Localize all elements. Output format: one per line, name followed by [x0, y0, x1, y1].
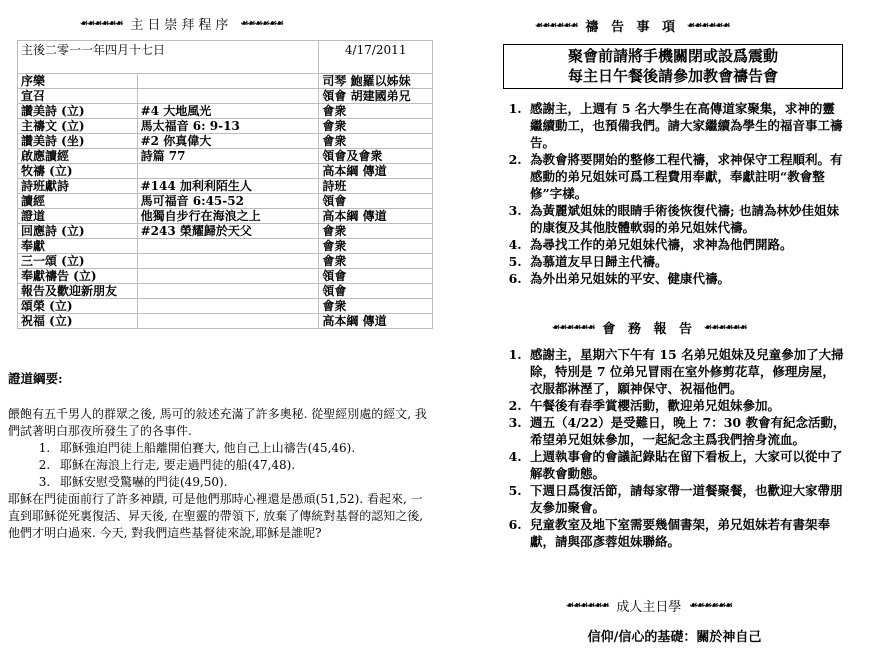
leader-cell: 會衆 — [319, 224, 433, 239]
sermon-point: 耶穌強迫門徒上船離開伯賽大, 他自己上山禱告(45,46). — [54, 440, 428, 457]
leader-cell: 會衆 — [319, 134, 433, 149]
date-chinese: 主後二零一一年四月十七日 — [18, 41, 319, 74]
table-row: 奉獻禱告 (立) 領會 — [18, 269, 433, 284]
detail-cell — [137, 269, 319, 284]
table-row: 讀經 馬可福音 6:45-52 領會 — [18, 194, 433, 209]
prayer-heading: ☙☙☙☙☙☙ 禱 告 事 項 ☙☙☙☙☙☙ — [535, 16, 729, 35]
sermon-point: 耶穌安慰受驚嚇的門徒(49,50). — [54, 474, 428, 491]
affairs-heading-text: 會 務 報 告 — [602, 318, 696, 337]
leader-cell: 領會 — [319, 284, 433, 299]
table-row: 三一頌 (立) 會衆 — [18, 254, 433, 269]
detail-cell: #4 大地風光 — [137, 104, 319, 119]
leader-cell: 領會 — [319, 194, 433, 209]
affairs-item: 週五（4/22）是受難日，晚上 7：30 教會有紀念活動，希望弟兄姐妹參加，一起… — [526, 414, 846, 448]
detail-cell: 馬太福音 6: 9-13 — [137, 119, 319, 134]
table-row: 證道 他獨自步行在海浪之上 高本綱 傳道 — [18, 209, 433, 224]
affairs-item: 感謝主，星期六下午有 15 名弟兄姐妹及兒童參加了大掃除，特別是 7 位弟兄冒雨… — [526, 346, 846, 397]
prayer-item: 感謝主，上週有 5 名大學生在高傳道家聚集，求神的靈繼續動工，也預備我們。請大家… — [526, 100, 846, 151]
affairs-item: 下週日爲復活節，請每家帶一道餐聚餐，也歡迎大家帶朋友參加聚會。 — [526, 482, 846, 516]
sermon-conclusion: 耶穌在門徒面前行了許多神蹟, 可是他們那時心裡還是愚頑(51,52). 看起來,… — [8, 491, 428, 542]
affairs-list: 感謝主，星期六下午有 15 名弟兄姐妹及兒童參加了大掃除，特別是 7 位弟兄冒雨… — [480, 346, 846, 550]
notice-line: 每主日午餐後請參加教會禱告會 — [504, 66, 842, 86]
affairs-item: 上週執事會的會議記錄貼在留下看板上，大家可以從中了解教會動態。 — [526, 448, 846, 482]
item-cell: 宣召 — [18, 89, 138, 104]
leader-cell: 會衆 — [319, 299, 433, 314]
notice-line: 聚會前請將手機關閉或設爲震動 — [504, 46, 842, 66]
prayer-heading-text: 禱 告 事 項 — [585, 16, 679, 35]
ornament-icon: ☙☙☙☙☙☙ — [566, 601, 608, 611]
item-cell: 三一頌 (立) — [18, 254, 138, 269]
leader-cell: 會衆 — [319, 239, 433, 254]
leader-cell: 會衆 — [319, 119, 433, 134]
prayer-item: 為外出弟兄姐妹的平安、健康代禱。 — [526, 270, 846, 287]
item-cell: 讚美詩 (立) — [18, 104, 138, 119]
table-header-row: 主後二零一一年四月十七日 4/17/2011 — [18, 41, 433, 74]
prayer-item: 為慕道友早日歸主代禱。 — [526, 253, 846, 270]
item-cell: 證道 — [18, 209, 138, 224]
item-cell: 讚美詩 (坐) — [18, 134, 138, 149]
table-row: 頌榮 (立) 會衆 — [18, 299, 433, 314]
detail-cell: 馬可福音 6:45-52 — [137, 194, 319, 209]
worship-page: ☙☙☙☙☙☙ 主日崇拜程序 ☙☙☙☙☙☙ 主後二零一一年四月十七日 4/17/2… — [0, 0, 440, 659]
table-row: 報告及歡迎新朋友 領會 — [18, 284, 433, 299]
table-row: 宣召 領會 胡建國弟兄 — [18, 89, 433, 104]
leader-cell: 高本綱 傳道 — [319, 314, 433, 329]
item-cell: 啟應讀經 — [18, 149, 138, 164]
prayer-list: 感謝主，上週有 5 名大學生在高傳道家聚集，求神的靈繼續動工，也預備我們。請大家… — [480, 100, 846, 287]
detail-cell — [137, 74, 319, 89]
date: 4/17/2011 — [319, 41, 433, 74]
table-row: 主禱文 (立) 馬太福音 6: 9-13 會衆 — [18, 119, 433, 134]
prayer-item: 為黃麗斌姐妹的眼睛手術後恢復代禱; 也請為林妙佳姐妹的康復及其他肢體軟弱的弟兄姐… — [526, 202, 846, 236]
detail-cell — [137, 89, 319, 104]
item-cell: 頌榮 (立) — [18, 299, 138, 314]
item-cell: 回應詩 (立) — [18, 224, 138, 239]
sermon-point: 耶穌在海浪上行走, 要走過門徒的船(47,48). — [54, 457, 428, 474]
leader-cell: 領會及會衆 — [319, 149, 433, 164]
table-row: 牧禱 (立) 高本綱 傳道 — [18, 164, 433, 179]
detail-cell — [137, 164, 319, 179]
item-cell: 奉獻禱告 (立) — [18, 269, 138, 284]
leader-cell: 會衆 — [319, 254, 433, 269]
leader-cell: 領會 — [319, 269, 433, 284]
item-cell: 祝福 (立) — [18, 314, 138, 329]
detail-cell — [137, 314, 319, 329]
item-cell: 報告及歡迎新朋友 — [18, 284, 138, 299]
ornament-icon: ☙☙☙☙☙☙ — [552, 323, 594, 333]
detail-cell — [137, 299, 319, 314]
table-row: 讚美詩 (坐) #2 你真偉大 會衆 — [18, 134, 433, 149]
detail-cell: 他獨自步行在海浪之上 — [137, 209, 319, 224]
table-row: 詩班獻詩 #144 加利利陌生人 詩班 — [18, 179, 433, 194]
table-row: 讚美詩 (立) #4 大地風光 會衆 — [18, 104, 433, 119]
item-cell: 主禱文 (立) — [18, 119, 138, 134]
detail-cell — [137, 254, 319, 269]
announcements-page: ☙☙☙☙☙☙ 禱 告 事 項 ☙☙☙☙☙☙ 聚會前請將手機關閉或設爲震動 每主日… — [480, 0, 869, 659]
detail-cell — [137, 284, 319, 299]
item-cell: 奉獻 — [18, 239, 138, 254]
sermon-outline-title: 證道綱要: — [8, 370, 428, 387]
worship-order-table: 主後二零一一年四月十七日 4/17/2011 序樂 司琴 鮑羅以姊妹 宣召 領會… — [17, 40, 433, 329]
ornament-icon: ☙☙☙☙☙☙ — [687, 21, 729, 31]
detail-cell: #2 你真偉大 — [137, 134, 319, 149]
ornament-icon: ☙☙☙☙☙☙ — [689, 601, 731, 611]
detail-cell: 詩篇 77 — [137, 149, 319, 164]
sunday-school-heading-text: 成人主日學 — [616, 596, 681, 615]
sermon-intro: 餵飽有五千男人的群眾之後, 馬可的敍述充滿了許多奧秘. 從聖經別處的經文, 我們… — [8, 406, 428, 440]
ornament-icon: ☙☙☙☙☙☙ — [240, 19, 282, 29]
sunday-school-topic: 信仰/信心的基礎：關於神自己 — [480, 626, 869, 645]
table-row: 奉獻 會衆 — [18, 239, 433, 254]
worship-heading: ☙☙☙☙☙☙ 主日崇拜程序 ☙☙☙☙☙☙ — [80, 14, 283, 33]
sunday-school-heading: ☙☙☙☙☙☙ 成人主日學 ☙☙☙☙☙☙ — [566, 596, 732, 615]
leader-cell: 高本綱 傳道 — [319, 164, 433, 179]
affairs-heading: ☙☙☙☙☙☙ 會 務 報 告 ☙☙☙☙☙☙ — [552, 318, 746, 337]
table-row: 啟應讀經 詩篇 77 領會及會衆 — [18, 149, 433, 164]
notice-box: 聚會前請將手機關閉或設爲震動 每主日午餐後請參加教會禱告會 — [503, 44, 843, 89]
detail-cell: #243 榮耀歸於天父 — [137, 224, 319, 239]
sermon-outline: 證道綱要: 餵飽有五千男人的群眾之後, 馬可的敍述充滿了許多奧秘. 從聖經別處的… — [8, 370, 428, 542]
detail-cell — [137, 239, 319, 254]
ornament-icon: ☙☙☙☙☙☙ — [535, 21, 577, 31]
item-cell: 牧禱 (立) — [18, 164, 138, 179]
affairs-item: 午餐後有春季賞櫻活動，歡迎弟兄姐妹參加。 — [526, 397, 846, 414]
leader-cell: 高本綱 傳道 — [319, 209, 433, 224]
prayer-item: 為教會將要開始的整修工程代禱，求神保守工程順利。有感動的弟兄姐妹可爲工程費用奉獻… — [526, 151, 846, 202]
item-cell: 序樂 — [18, 74, 138, 89]
leader-cell: 司琴 鮑羅以姊妹 — [319, 74, 433, 89]
sermon-points-list: 耶穌強迫門徒上船離開伯賽大, 他自己上山禱告(45,46). 耶穌在海浪上行走,… — [8, 440, 428, 491]
item-cell: 詩班獻詩 — [18, 179, 138, 194]
leader-cell: 領會 胡建國弟兄 — [319, 89, 433, 104]
ornament-icon: ☙☙☙☙☙☙ — [80, 19, 122, 29]
item-cell: 讀經 — [18, 194, 138, 209]
worship-heading-text: 主日崇拜程序 — [130, 14, 232, 33]
table-row: 祝福 (立) 高本綱 傳道 — [18, 314, 433, 329]
table-row: 序樂 司琴 鮑羅以姊妹 — [18, 74, 433, 89]
prayer-item: 為尋找工作的弟兄姐妹代禱，求神為他們開路。 — [526, 236, 846, 253]
ornament-icon: ☙☙☙☙☙☙ — [704, 323, 746, 333]
detail-cell: #144 加利利陌生人 — [137, 179, 319, 194]
affairs-item: 兒童教室及地下室需要幾個書架，弟兄姐妹若有書架奉獻，請與邵彥蓉姐妹聯絡。 — [526, 516, 846, 550]
table-row: 回應詩 (立) #243 榮耀歸於天父 會衆 — [18, 224, 433, 239]
leader-cell: 詩班 — [319, 179, 433, 194]
leader-cell: 會衆 — [319, 104, 433, 119]
